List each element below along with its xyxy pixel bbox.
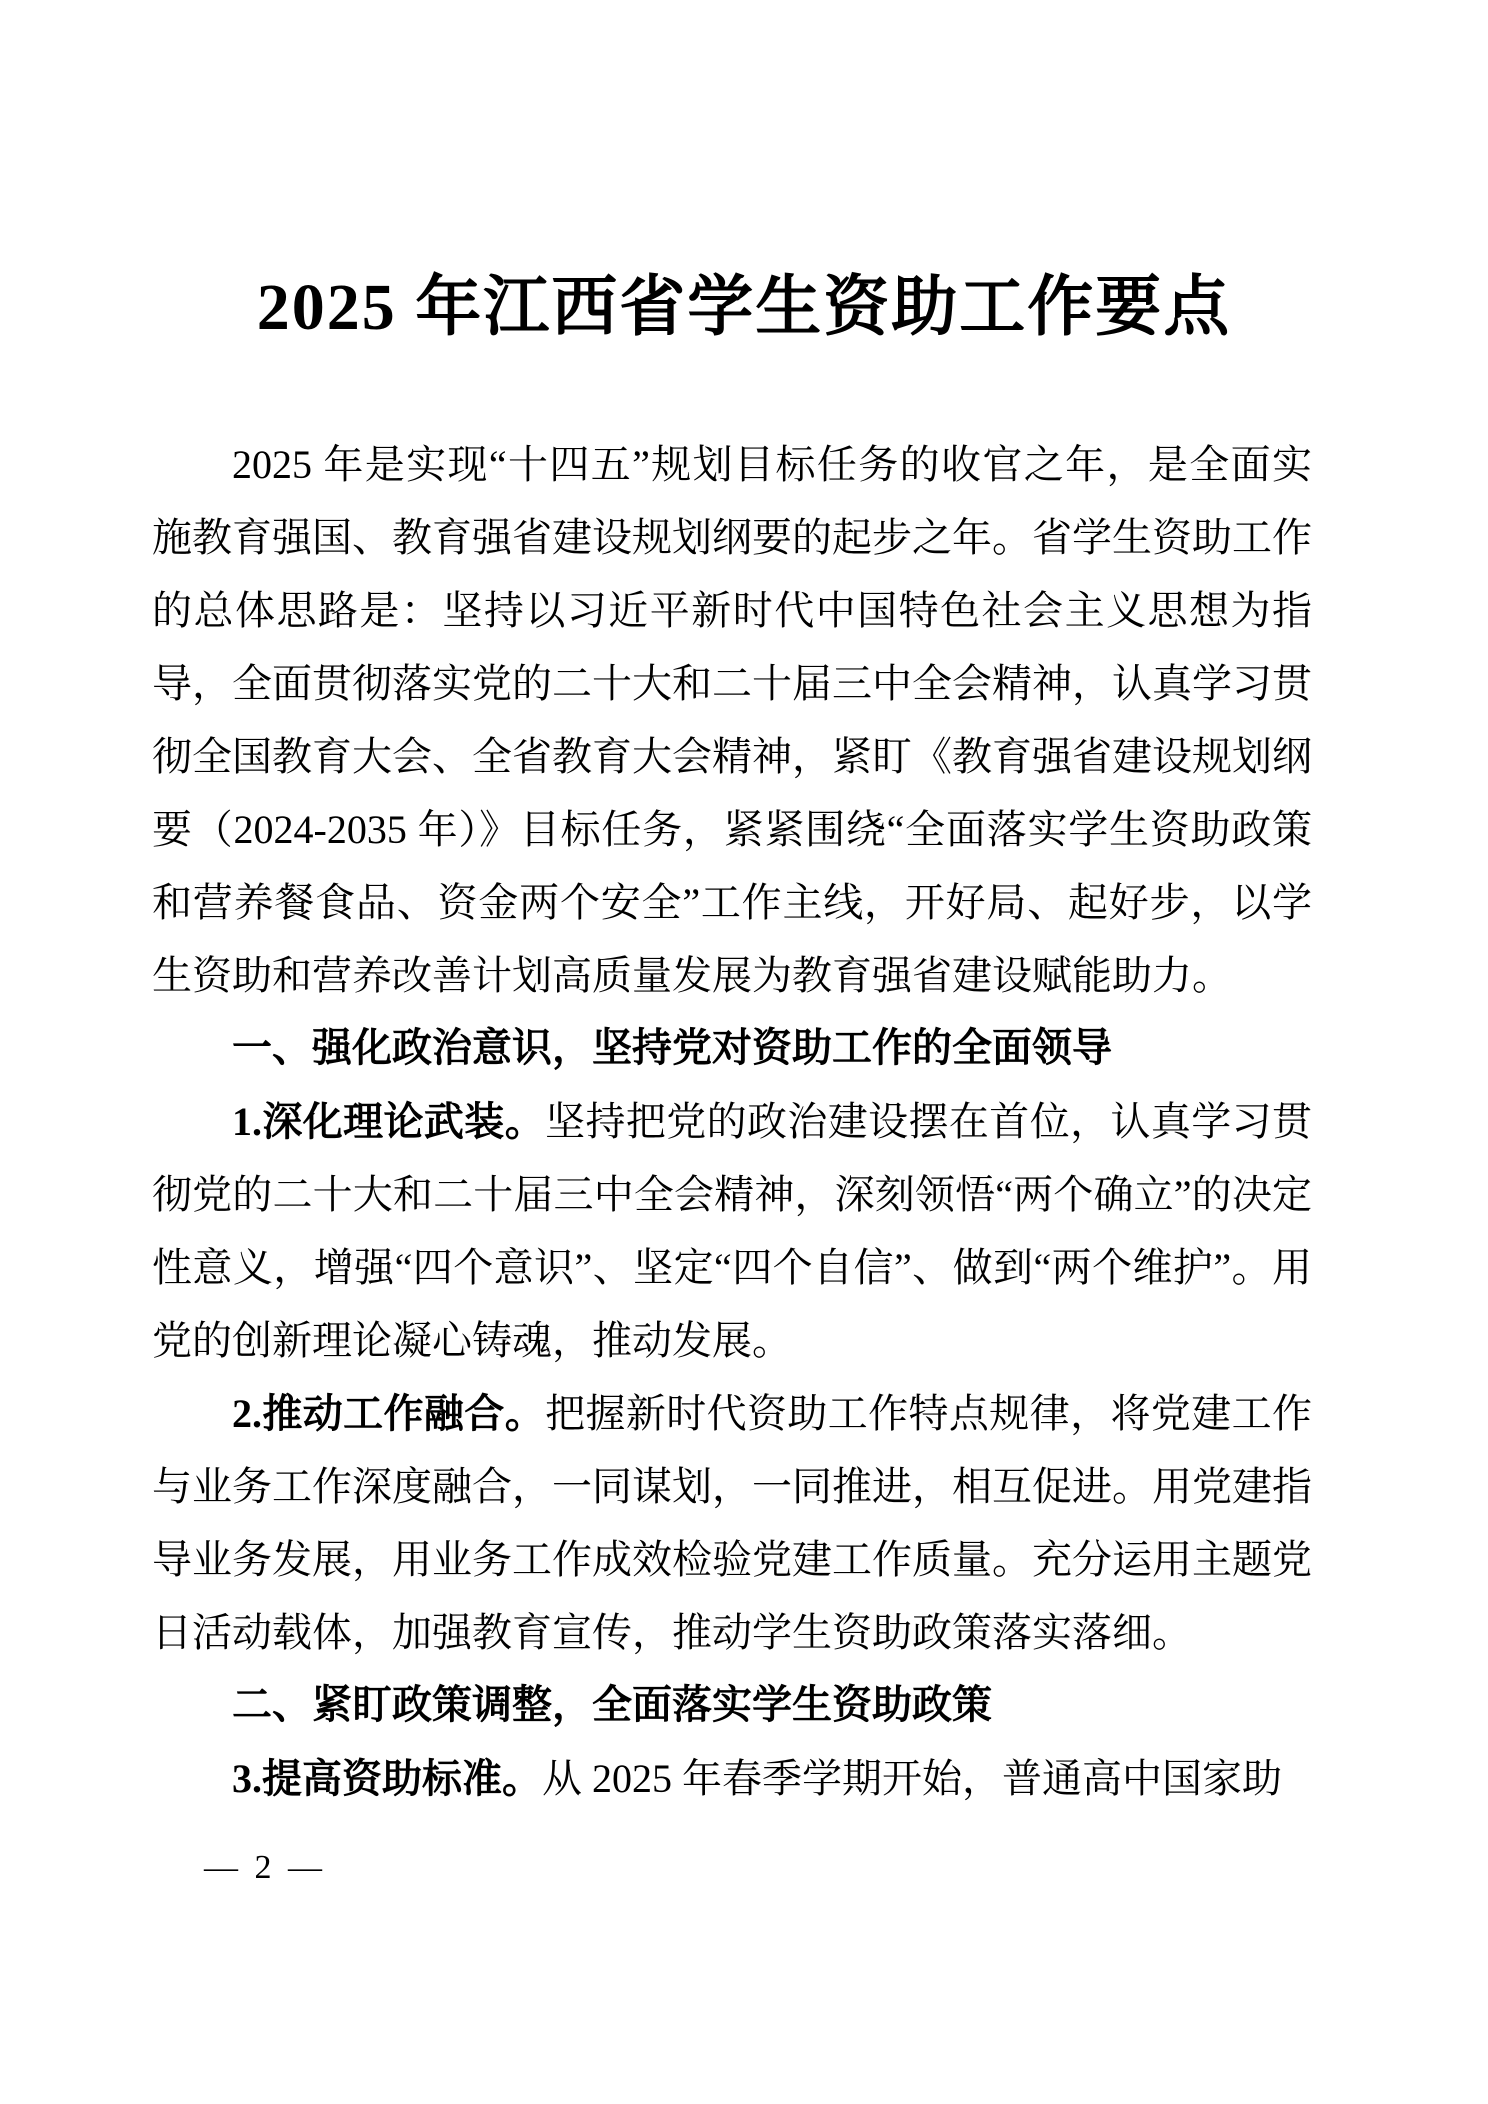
paragraph-lead: 2.推动工作融合。 <box>232 1391 545 1436</box>
paragraph: 1.深化理论武装。坚持把党的政治建设摆在首位，认真学习贯彻党的二十大和二十届三中… <box>152 1085 1312 1377</box>
paragraph-lead: 1.深化理论武装。 <box>232 1099 545 1144</box>
paragraph: 2.推动工作融合。把握新时代资助工作特点规律，将党建工作与业务工作深度融合，一同… <box>152 1377 1312 1669</box>
document-title: 2025 年江西省学生资助工作要点 <box>0 258 1488 358</box>
document-page: 2025 年江西省学生资助工作要点 2025 年是实现“十四五”规划目标任务的收… <box>0 0 1488 2104</box>
section-heading: 二、紧盯政策调整，全面落实学生资助政策 <box>152 1669 1312 1742</box>
document-body: 2025 年是实现“十四五”规划目标任务的收官之年，是全面实施教育强国、教育强省… <box>152 428 1312 1815</box>
paragraph-lead: 3.提高资助标准。 <box>232 1756 542 1801</box>
page-number: — 2 — <box>204 1846 326 1890</box>
paragraph: 3.提高资助标准。从 2025 年春季学期开始，普通高中国家助 <box>152 1742 1312 1815</box>
section-heading: 一、强化政治意识，坚持党对资助工作的全面领导 <box>152 1012 1312 1085</box>
paragraph: 2025 年是实现“十四五”规划目标任务的收官之年，是全面实施教育强国、教育强省… <box>152 428 1312 1012</box>
